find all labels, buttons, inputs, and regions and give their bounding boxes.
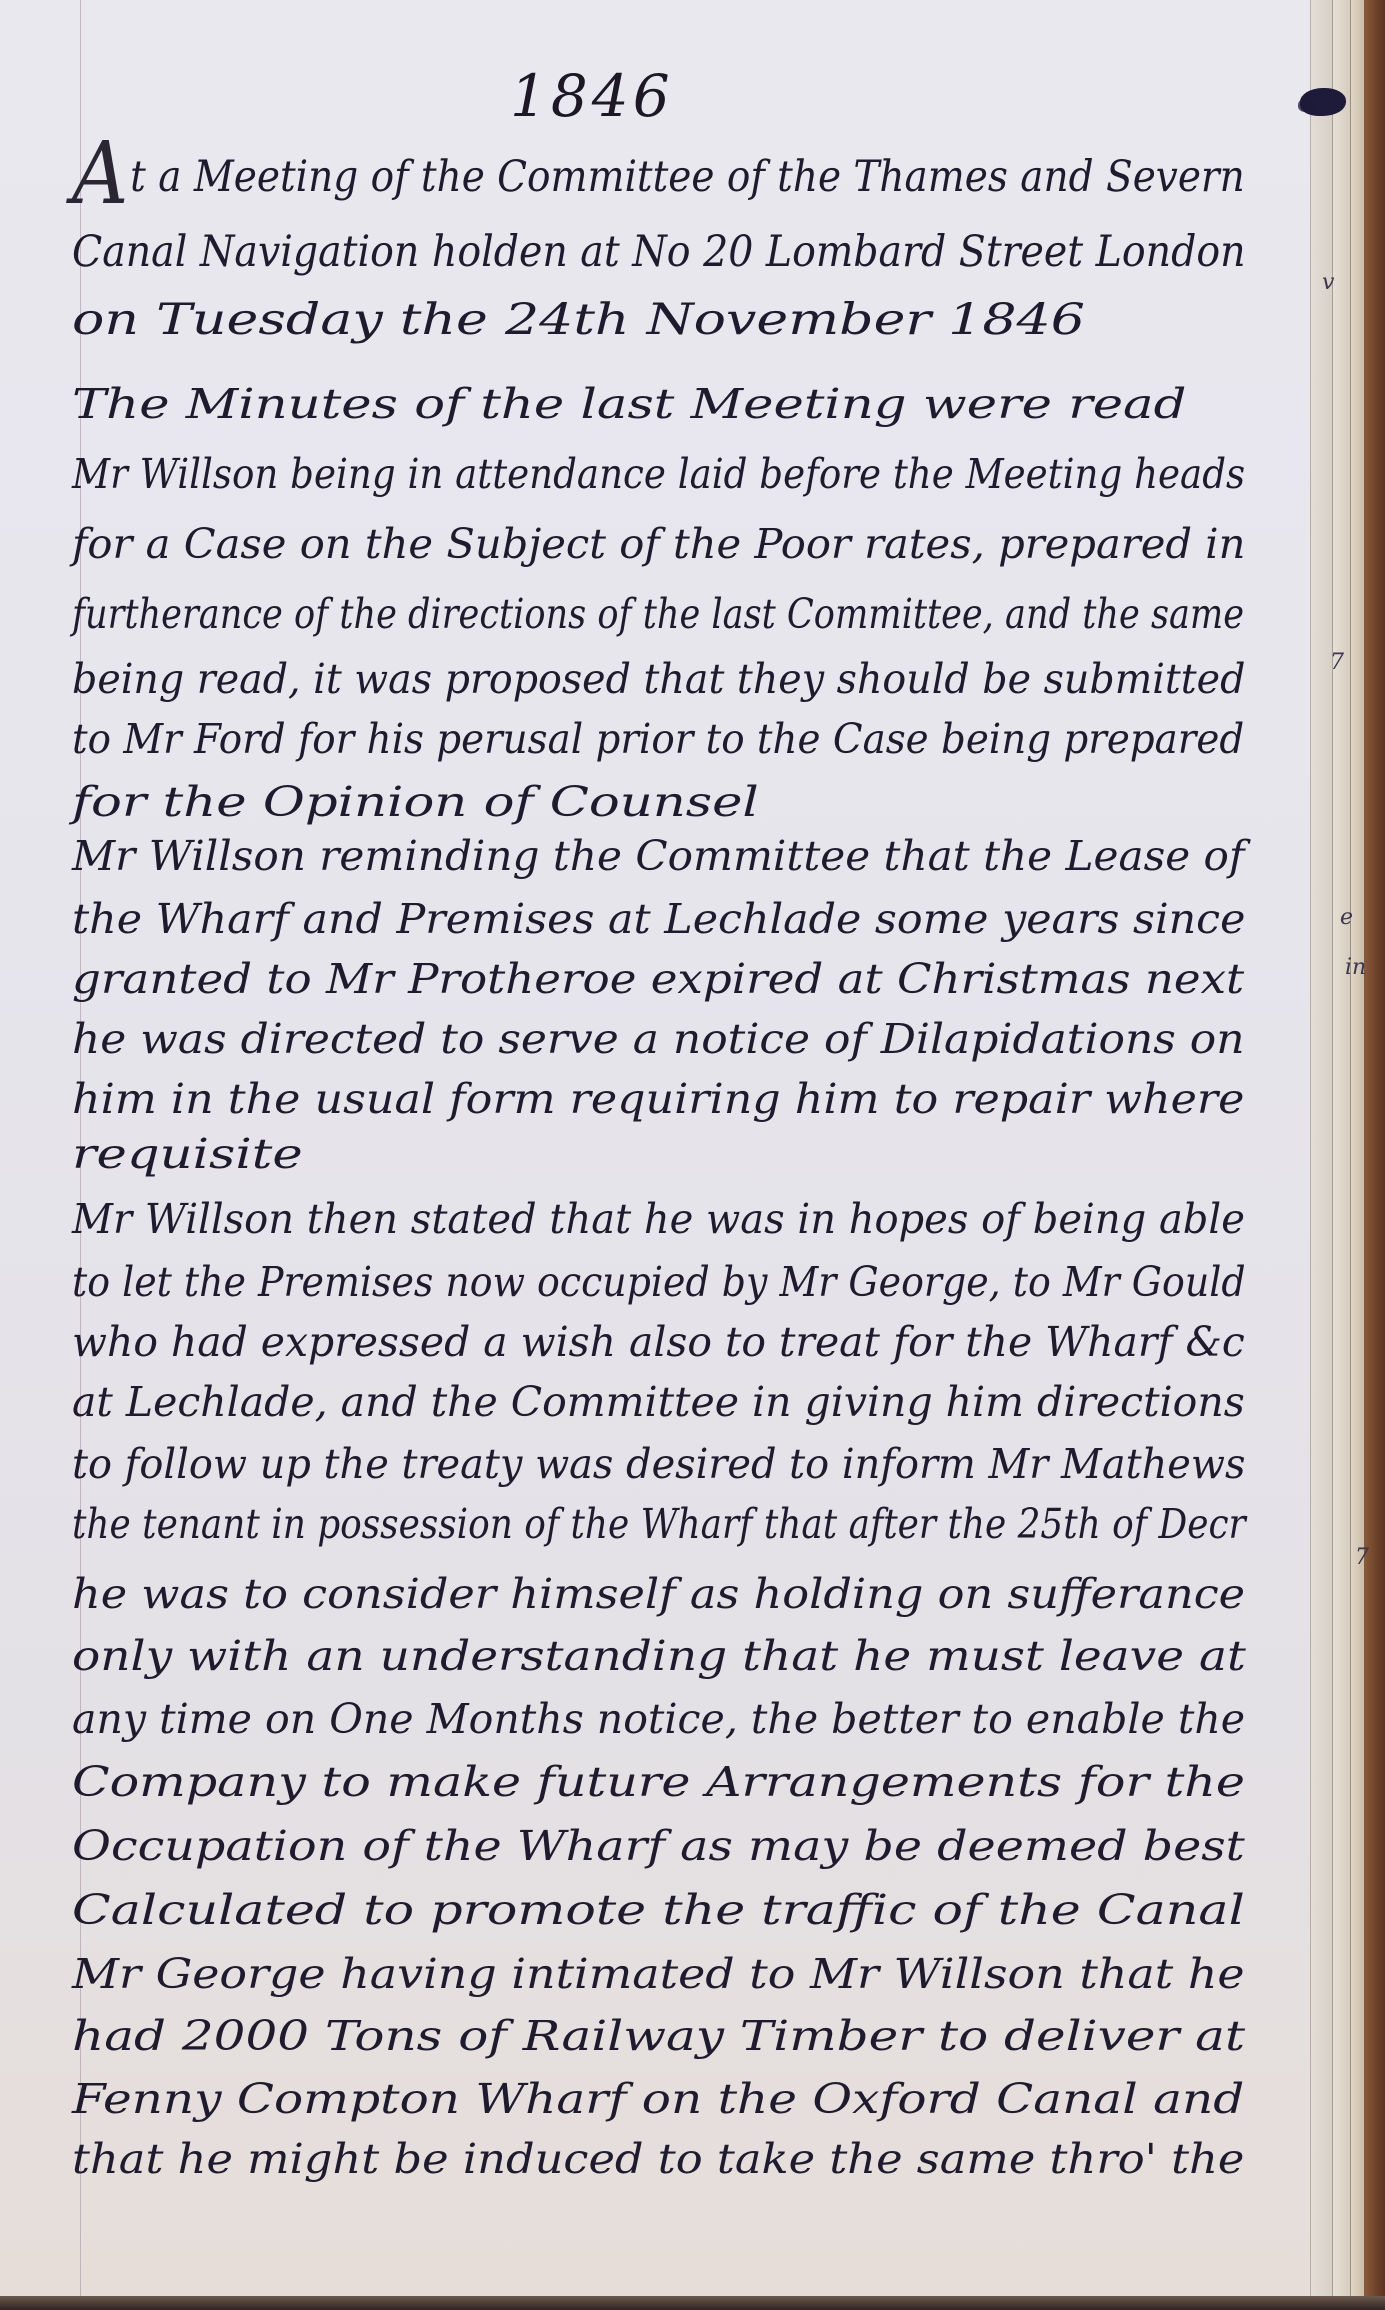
minute-line: requisite	[72, 1130, 303, 1178]
minute-line: for the Opinion of Counsel	[72, 778, 759, 826]
minute-line: who had expressed a wish also to treat f…	[72, 1318, 1245, 1366]
minute-line: any time on One Months notice, the bette…	[72, 1695, 1245, 1743]
minute-line: Occupation of the Wharf as may be deemed…	[72, 1822, 1245, 1870]
decorated-initial: A	[72, 124, 128, 224]
minute-line: Mr Willson then stated that he was in ho…	[72, 1195, 1245, 1243]
minute-line: granted to Mr Protheroe expired at Chris…	[72, 955, 1244, 1003]
minute-line: to let the Premises now occupied by Mr G…	[72, 1258, 1246, 1306]
minute-line: for a Case on the Subject of the Poor ra…	[72, 520, 1245, 568]
minute-line: The Minutes of the last Meeting were rea…	[72, 380, 1186, 428]
minute-line: Calculated to promote the traffic of the…	[72, 1886, 1245, 1934]
heading-line: Canal Navigation holden at No 20 Lombard…	[72, 228, 1246, 276]
minute-line: only with an understanding that he must …	[72, 1632, 1246, 1680]
margin-mark: 7	[1355, 1545, 1369, 1570]
year-heading: 1846	[510, 62, 674, 130]
minute-line: Mr Willson being in attendance laid befo…	[72, 450, 1245, 498]
minute-line: Company to make future Arrangements for …	[72, 1758, 1245, 1806]
margin-mark: v	[1322, 270, 1334, 295]
minute-line: being read, it was proposed that they sh…	[72, 655, 1245, 703]
margin-mark: e	[1340, 905, 1353, 930]
page-edge-strip	[1350, 0, 1365, 2300]
book-binding-edge	[1364, 0, 1385, 2300]
minute-line: to Mr Ford for his perusal prior to the …	[72, 715, 1244, 763]
margin-mark: in	[1345, 955, 1366, 980]
heading-line: on Tuesday the 24th November 1846	[72, 296, 1085, 344]
minute-line: he was to consider himself as holding on…	[72, 1570, 1245, 1618]
minute-line: furtherance of the directions of the las…	[72, 590, 1244, 638]
margin-mark: 7	[1330, 650, 1344, 675]
minute-line: to follow up the treaty was desired to i…	[72, 1440, 1245, 1488]
minute-line: Fenny Compton Wharf on the Oxford Canal …	[72, 2075, 1244, 2123]
heading-line: At a Meeting of the Committee of the Tha…	[72, 150, 1245, 201]
minute-line: the tenant in possession of the Wharf th…	[72, 1500, 1246, 1548]
minute-line: at Lechlade, and the Committee in giving…	[72, 1378, 1245, 1426]
minute-line: that he might be induced to take the sam…	[72, 2135, 1244, 2183]
minute-line: he was directed to serve a notice of Dil…	[72, 1015, 1245, 1063]
minute-line: Mr George having intimated to Mr Willson…	[72, 1950, 1245, 1998]
manuscript-text: 1846 At a Meeting of the Committee of th…	[0, 0, 1310, 2300]
page-edge-strip	[1332, 0, 1351, 2300]
minute-line: Mr Willson reminding the Committee that …	[72, 832, 1245, 880]
minute-line: him in the usual form requiring him to r…	[72, 1075, 1244, 1123]
minute-line: had 2000 Tons of Railway Timber to deliv…	[72, 2012, 1245, 2060]
page-edge-strip	[1310, 0, 1333, 2300]
minute-line: the Wharf and Premises at Lechlade some …	[72, 895, 1245, 943]
